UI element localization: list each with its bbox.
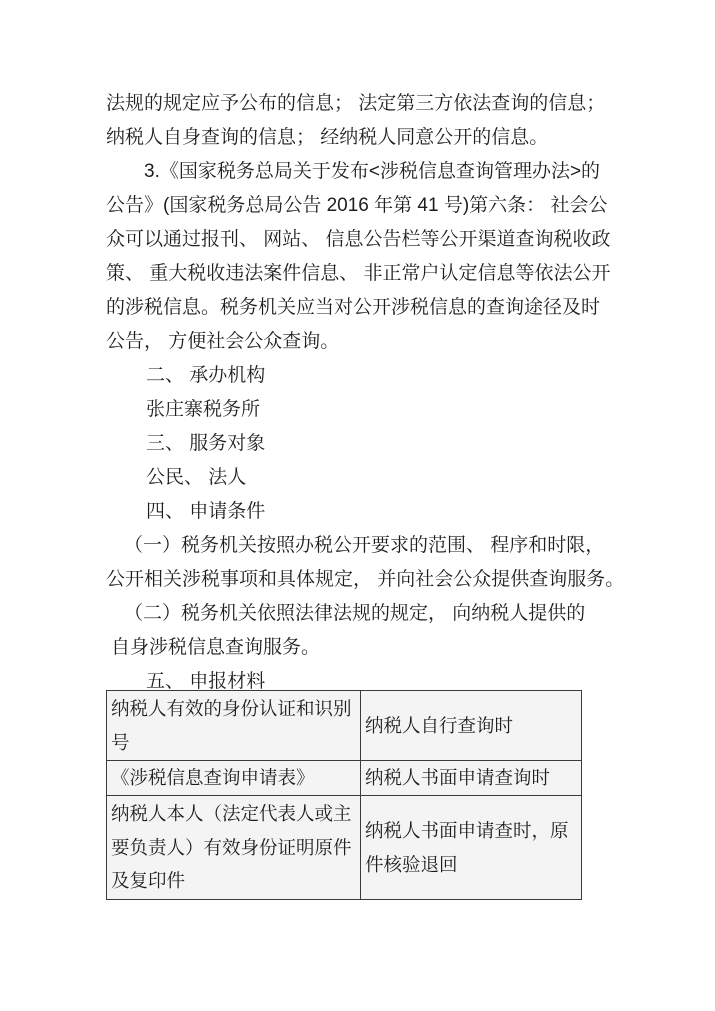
section-heading: 三、 服务对象 <box>106 427 618 461</box>
text-line: 纳税人自身查询的信息； 经纳税人同意公开的信息。 <box>106 121 618 155</box>
text-line: 张庄寨税务所 <box>106 393 618 427</box>
occasion-cell: 纳税人书面申请查时，原件核验退回 <box>361 796 582 900</box>
text-line: 自身涉税信息查询服务。 <box>106 631 618 665</box>
text-line: （二）税务机关依照法律法规的规定， 向纳税人提供的 <box>106 597 618 631</box>
text-line: 公告》(国家税务总局公告 2016 年第 41 号)第六条： 社会公 <box>106 189 618 223</box>
text-line: 众可以通过报刊、 网站、 信息公告栏等公开渠道查询税收政 <box>106 223 618 257</box>
section-heading: 四、 申请条件 <box>106 495 618 529</box>
occasion-cell: 纳税人自行查询时 <box>361 691 582 761</box>
text-line: 的涉税信息。税务机关应当对公开涉税信息的查询途径及时 <box>106 291 618 325</box>
table-row: 纳税人本人（法定代表人或主要负责人）有效身份证明原件及复印件 纳税人书面申请查时… <box>107 796 582 900</box>
document-text: 法规的规定应予公布的信息； 法定第三方依法查询的信息； 纳税人自身查询的信息； … <box>106 87 618 699</box>
section-heading: 二、 承办机构 <box>106 359 618 393</box>
table-row: 纳税人有效的身份认证和识别号 纳税人自行查询时 <box>107 691 582 761</box>
material-cell: 纳税人本人（法定代表人或主要负责人）有效身份证明原件及复印件 <box>107 796 361 900</box>
text-line: 策、 重大税收违法案件信息、 非正常户认定信息等依法公开 <box>106 257 618 291</box>
text-line: 公民、 法人 <box>106 461 618 495</box>
text-line: （一）税务机关按照办税公开要求的范围、 程序和时限， <box>106 529 618 563</box>
document-page: 法规的规定应予公布的信息； 法定第三方依法查询的信息； 纳税人自身查询的信息； … <box>0 0 715 1011</box>
materials-table: 纳税人有效的身份认证和识别号 纳税人自行查询时 《涉税信息查询申请表》 纳税人书… <box>106 690 582 900</box>
text-line: 公告， 方便社会公众查询。 <box>106 325 618 359</box>
occasion-cell: 纳税人书面申请查询时 <box>361 761 582 796</box>
text-line: 法规的规定应予公布的信息； 法定第三方依法查询的信息； <box>106 87 618 121</box>
text-line: 3.《国家税务总局关于发布<涉税信息查询管理办法>的 <box>106 155 618 189</box>
table-row: 《涉税信息查询申请表》 纳税人书面申请查询时 <box>107 761 582 796</box>
material-cell: 《涉税信息查询申请表》 <box>107 761 361 796</box>
material-cell: 纳税人有效的身份认证和识别号 <box>107 691 361 761</box>
text-line: 公开相关涉税事项和具体规定， 并向社会公众提供查询服务。 <box>106 563 618 597</box>
